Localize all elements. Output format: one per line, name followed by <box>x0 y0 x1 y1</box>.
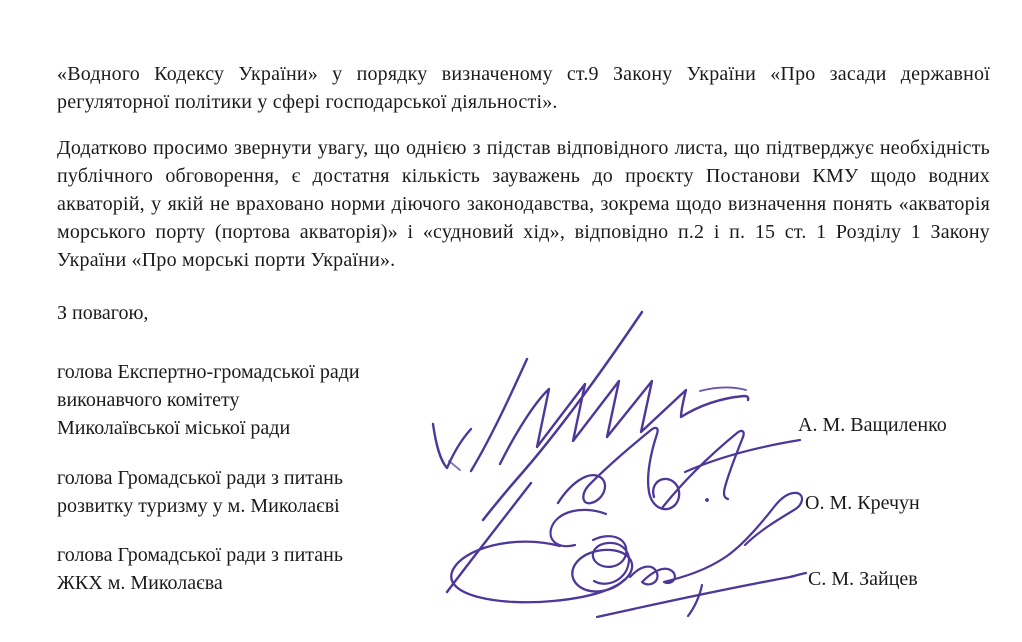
signature-3-ink <box>447 483 806 617</box>
letter-page: «Водного Кодексу України» у порядку визн… <box>0 0 1022 642</box>
signatory-1-title-line-2: виконавчого комітету <box>57 386 477 414</box>
signatory-3-title: голова Громадської ради з питань ЖКХ м. … <box>57 541 477 597</box>
signatory-1-title-line-3: Миколаївської міської ради <box>57 414 477 442</box>
signatory-1-name: А. М. Ващиленко <box>798 411 947 439</box>
closing-salutation: З повагою, <box>57 299 148 327</box>
signature-1-ink <box>433 312 748 520</box>
signatory-2-name: О. М. Кречун <box>805 489 920 517</box>
signatory-2-title-line-2: розвитку туризму у м. Миколаєві <box>57 492 477 520</box>
signature-2-ink <box>558 428 800 509</box>
signatory-3-title-line-2: ЖКХ м. Миколаєва <box>57 569 477 597</box>
signatory-1-title-line-1: голова Експертно-громадської ради <box>57 358 477 386</box>
signatory-3-title-line-1: голова Громадської ради з питань <box>57 541 477 569</box>
paragraph-2: Додатково просимо звернути увагу, що одн… <box>57 134 990 274</box>
signatory-2-title: голова Громадської ради з питань розвитк… <box>57 464 477 520</box>
paragraph-1: «Водного Кодексу України» у порядку визн… <box>57 60 990 116</box>
signatory-3-name: С. М. Зайцев <box>808 565 918 593</box>
signatory-1-title: голова Експертно-громадської ради викона… <box>57 358 477 442</box>
signatory-2-title-line-1: голова Громадської ради з питань <box>57 464 477 492</box>
